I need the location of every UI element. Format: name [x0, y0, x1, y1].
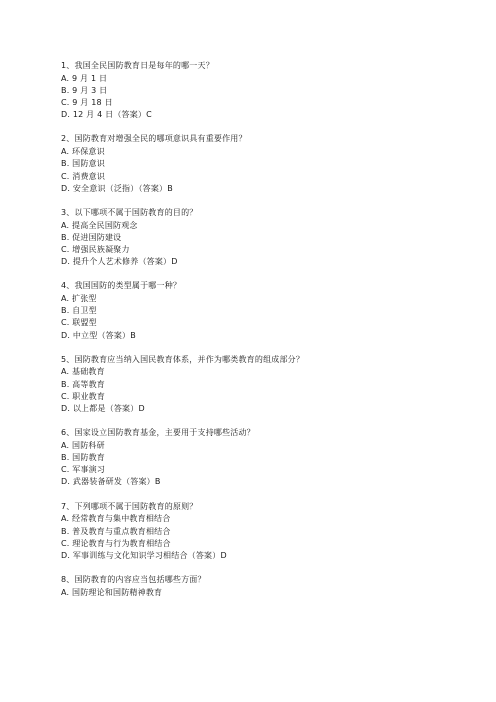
- option-d-answer: D. 军事训练与文化知识学习相结合（答案）D: [61, 550, 461, 562]
- option-c: C. 职业教育: [61, 391, 461, 403]
- option-c: C. 联盟型: [61, 317, 461, 329]
- question-1: 1、我国全民国防教育日是每年的哪一天？ A. 9 月 1 日 B. 9 月 3 …: [61, 60, 461, 121]
- document-page: 1、我国全民国防教育日是每年的哪一天？ A. 9 月 1 日 B. 9 月 3 …: [61, 60, 461, 611]
- option-d-answer: D. 提升个人艺术修养（答案）D: [61, 256, 461, 268]
- question-title: 5、国防教育应当纳入国民教育体系，并作为哪类教育的组成部分？: [61, 354, 461, 366]
- option-a: A. 国防科研: [61, 440, 461, 452]
- option-b: B. 国防意识: [61, 158, 461, 170]
- option-c: C. 消费意识: [61, 171, 461, 183]
- option-c: C. 理论教育与行为教育相结合: [61, 538, 461, 550]
- option-b: B. 普及教育与重点教育相结合: [61, 526, 461, 538]
- question-title: 4、我国国防的类型属于哪一种？: [61, 280, 461, 292]
- question-title: 1、我国全民国防教育日是每年的哪一天？: [61, 60, 461, 72]
- option-d-answer: D. 安全意识（泛指）（答案）B: [61, 183, 461, 195]
- option-a: A. 提高全民国防观念: [61, 220, 461, 232]
- option-d-answer: D. 12 月 4 日（答案）C: [61, 109, 461, 121]
- question-title: 2、国防教育对增强全民的哪项意识具有重要作用？: [61, 133, 461, 145]
- option-d-answer: D. 以上都是（答案）D: [61, 403, 461, 415]
- question-title: 3、以下哪项不属于国防教育的目的？: [61, 207, 461, 219]
- question-8: 8、国防教育的内容应当包括哪些方面？ A. 国防理论和国防精神教育: [61, 574, 461, 599]
- option-b: B. 自卫型: [61, 305, 461, 317]
- option-b: B. 9 月 3 日: [61, 85, 461, 97]
- question-5: 5、国防教育应当纳入国民教育体系，并作为哪类教育的组成部分？ A. 基础教育 B…: [61, 354, 461, 415]
- question-6: 6、国家设立国防教育基金，主要用于支持哪些活动？ A. 国防科研 B. 国防教育…: [61, 427, 461, 488]
- option-a: A. 基础教育: [61, 366, 461, 378]
- option-c: C. 增强民族凝聚力: [61, 244, 461, 256]
- option-d-answer: D. 中立型（答案）B: [61, 330, 461, 342]
- option-c: C. 军事演习: [61, 464, 461, 476]
- option-a: A. 经常教育与集中教育相结合: [61, 513, 461, 525]
- question-title: 7、下列哪项不属于国防教育的原则？: [61, 501, 461, 513]
- question-2: 2、国防教育对增强全民的哪项意识具有重要作用？ A. 环保意识 B. 国防意识 …: [61, 133, 461, 194]
- question-3: 3、以下哪项不属于国防教育的目的？ A. 提高全民国防观念 B. 促进国防建设 …: [61, 207, 461, 268]
- question-title: 8、国防教育的内容应当包括哪些方面？: [61, 574, 461, 586]
- option-a: A. 国防理论和国防精神教育: [61, 587, 461, 599]
- question-7: 7、下列哪项不属于国防教育的原则？ A. 经常教育与集中教育相结合 B. 普及教…: [61, 501, 461, 562]
- option-b: B. 高等教育: [61, 379, 461, 391]
- option-b: B. 国防教育: [61, 452, 461, 464]
- question-4: 4、我国国防的类型属于哪一种？ A. 扩张型 B. 自卫型 C. 联盟型 D. …: [61, 280, 461, 341]
- option-c: C. 9 月 18 日: [61, 97, 461, 109]
- option-b: B. 促进国防建设: [61, 232, 461, 244]
- option-d-answer: D. 武器装备研发（答案）B: [61, 476, 461, 488]
- question-title: 6、国家设立国防教育基金，主要用于支持哪些活动？: [61, 427, 461, 439]
- option-a: A. 环保意识: [61, 146, 461, 158]
- option-a: A. 9 月 1 日: [61, 73, 461, 85]
- option-a: A. 扩张型: [61, 293, 461, 305]
